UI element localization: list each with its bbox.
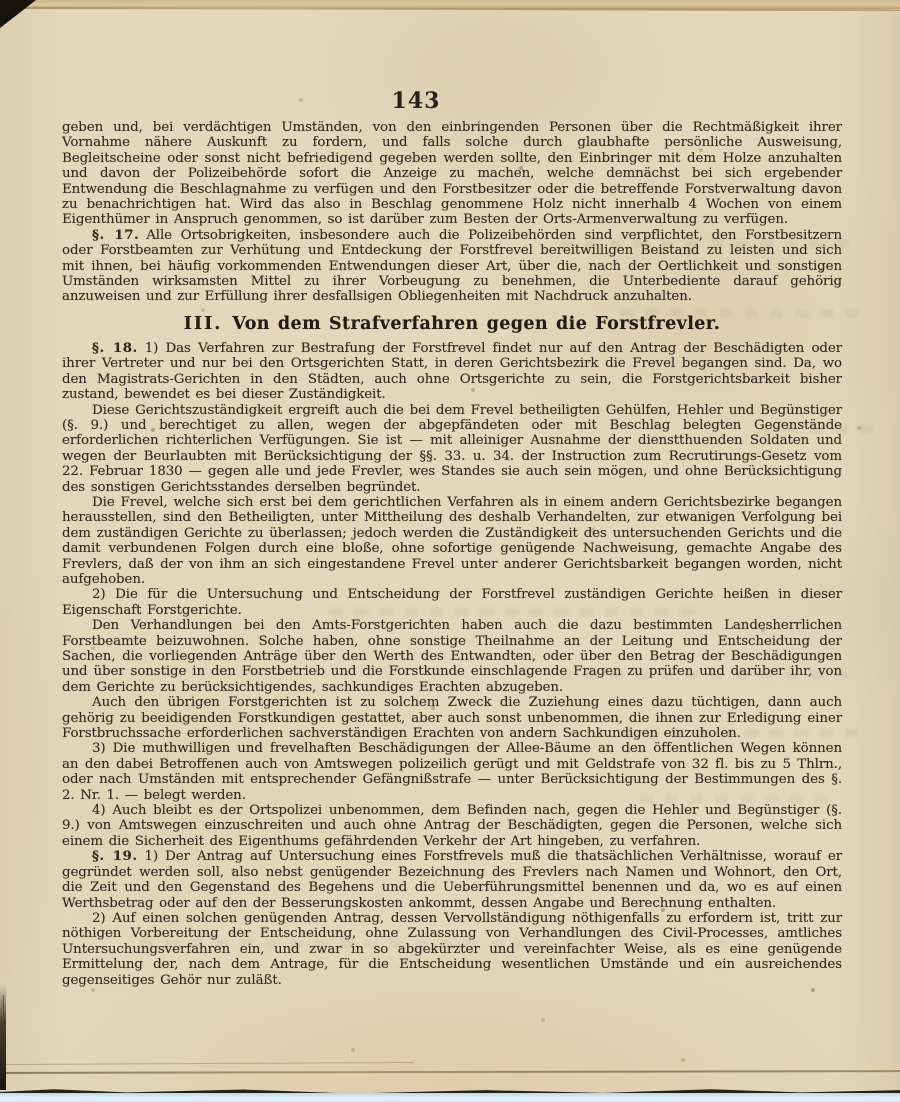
chapter-title: Von dem Strafverfahren gegen die Forstfr… <box>232 314 720 334</box>
scanner-background-strip <box>0 1093 900 1102</box>
paragraph-text: Alle Ortsobrigkeiten, insbesondere auch … <box>62 228 842 305</box>
paragraph-text: Diese Gerichtszuständigkeit ergreift auc… <box>62 403 842 495</box>
paragraph: §. 18.1) Das Verfahren zur Bestrafung de… <box>62 341 842 403</box>
scanned-page: 143 geben und, bei verdächtigen Umstände… <box>0 0 900 1102</box>
section-number: §. 18. <box>92 340 138 356</box>
paragraph: Die Frevel, welche sich erst bei dem ger… <box>62 495 842 587</box>
paragraph: Diese Gerichtszuständigkeit ergreift auc… <box>62 403 842 495</box>
paragraph-text: 2) Die für die Untersuchung und Entschei… <box>62 587 842 617</box>
paragraph: 2) Die für die Untersuchung und Entschei… <box>62 587 842 618</box>
paragraph-text: 3) Die muthwilligen und frevelhaften Bes… <box>62 741 842 802</box>
paragraph-text: Die Frevel, welche sich erst bei dem ger… <box>62 495 842 587</box>
paragraph: 4) Auch bleibt es der Ortspolizei unbeno… <box>62 803 842 849</box>
paragraph: 2) Auf einen solchen genügenden Antrag, … <box>62 911 842 988</box>
paragraph-text: 4) Auch bleibt es der Ortspolizei unbeno… <box>62 803 842 849</box>
paragraph-text: geben und, bei verdächtigen Umständen, v… <box>62 120 842 227</box>
paragraph: §. 17.Alle Ortsobrigkeiten, insbesondere… <box>62 228 842 305</box>
paragraph: Auch den übrigen Forstgerichten ist zu s… <box>62 695 842 741</box>
paragraph-text: 2) Auf einen solchen genügenden Antrag, … <box>62 911 842 988</box>
paragraph: geben und, bei verdächtigen Umständen, v… <box>62 120 842 228</box>
paragraph: Den Verhandlungen bei den Amts-Forstgeri… <box>62 618 842 695</box>
paragraph: §. 19.1) Der Antrag auf Untersuchung ein… <box>62 849 842 911</box>
chapter-numeral: III. <box>184 314 223 334</box>
section-number: §. 19. <box>92 848 138 864</box>
section-number: §. 17. <box>92 227 139 243</box>
paragraph-text: Den Verhandlungen bei den Amts-Forstgeri… <box>62 618 842 695</box>
page-number: 143 <box>0 88 832 114</box>
body-text: geben und, bei verdächtigen Umständen, v… <box>62 120 842 988</box>
paragraph: 3) Die muthwilligen und frevelhaften Bes… <box>62 741 842 803</box>
paragraph-text: 1) Das Verfahren zur Bestrafung der Fors… <box>62 341 842 402</box>
paragraph-text: 1) Der Antrag auf Untersuchung eines For… <box>62 849 842 910</box>
chapter-heading: III.Von dem Strafverfahren gegen die For… <box>62 314 842 334</box>
left-page-edge-shadow <box>0 985 6 1090</box>
paragraph-text: Auch den übrigen Forstgerichten ist zu s… <box>62 695 842 741</box>
